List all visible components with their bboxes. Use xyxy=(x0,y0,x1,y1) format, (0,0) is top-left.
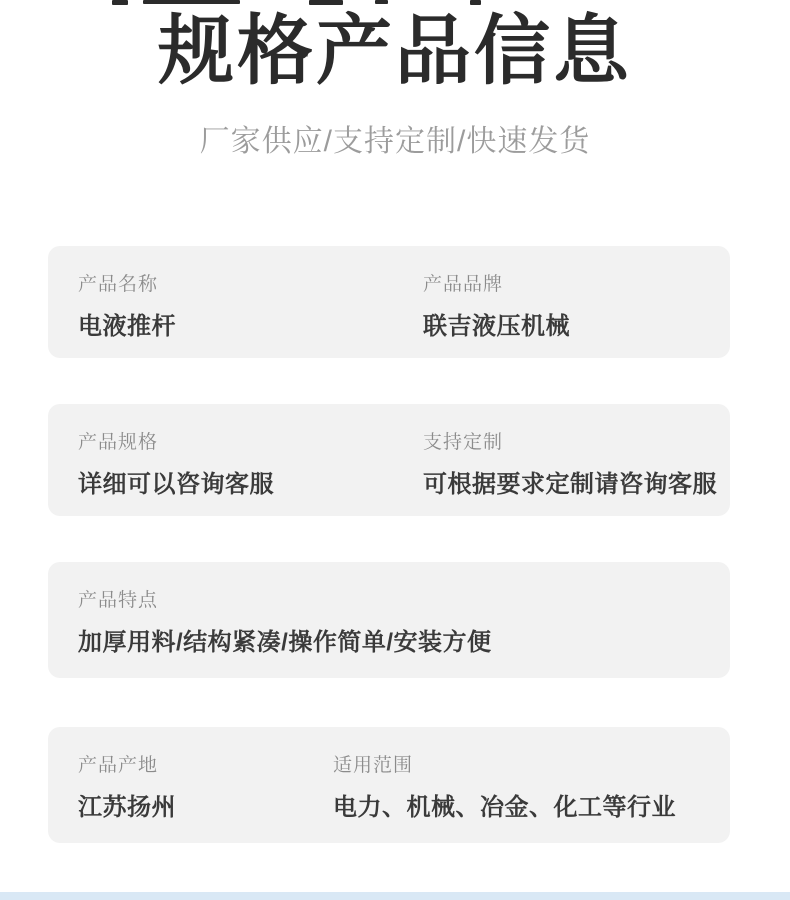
field-value: 加厚用料/结构紧凑/操作简单/安装方便 xyxy=(78,627,492,659)
page-title: 规格产品信息 xyxy=(0,2,790,102)
field-value: 可根据要求定制请咨询客服 xyxy=(423,469,717,501)
field-customization: 支持定制 可根据要求定制请咨询客服 xyxy=(423,431,717,501)
field-label: 产品产地 xyxy=(78,754,176,778)
info-card-features: 产品特点 加厚用料/结构紧凑/操作简单/安装方便 xyxy=(48,562,730,678)
field-product-spec: 产品规格 详细可以咨询客服 xyxy=(78,431,274,501)
field-label: 适用范围 xyxy=(333,754,676,778)
field-label: 产品名称 xyxy=(78,273,176,297)
field-value: 电力、机械、冶金、化工等行业 xyxy=(333,792,676,824)
field-label: 产品规格 xyxy=(78,431,274,455)
field-label: 支持定制 xyxy=(423,431,717,455)
info-card-origin-scope: 产品产地 江苏扬州 适用范围 电力、机械、冶金、化工等行业 xyxy=(48,727,730,843)
page-subtitle: 厂家供应/支持定制/快速发货 xyxy=(0,121,790,163)
field-label: 产品特点 xyxy=(78,589,492,613)
field-product-origin: 产品产地 江苏扬州 xyxy=(78,754,176,824)
field-value: 电液推杆 xyxy=(78,311,176,343)
field-product-brand: 产品品牌 联吉液压机械 xyxy=(423,273,570,343)
field-label: 产品品牌 xyxy=(423,273,570,297)
field-product-features: 产品特点 加厚用料/结构紧凑/操作简单/安装方便 xyxy=(78,589,492,659)
product-spec-info-page: 规格产品信息 厂家供应/支持定制/快速发货 产品名称 电液推杆 产品品牌 联吉液… xyxy=(0,0,790,900)
field-value: 详细可以咨询客服 xyxy=(78,469,274,501)
field-product-name: 产品名称 电液推杆 xyxy=(78,273,176,343)
field-value: 江苏扬州 xyxy=(78,792,176,824)
info-card-name-brand: 产品名称 电液推杆 产品品牌 联吉液压机械 xyxy=(48,246,730,358)
field-application-scope: 适用范围 电力、机械、冶金、化工等行业 xyxy=(333,754,676,824)
info-card-spec-custom: 产品规格 详细可以咨询客服 支持定制 可根据要求定制请咨询客服 xyxy=(48,404,730,516)
bottom-accent-bar xyxy=(0,892,790,900)
field-value: 联吉液压机械 xyxy=(423,311,570,343)
